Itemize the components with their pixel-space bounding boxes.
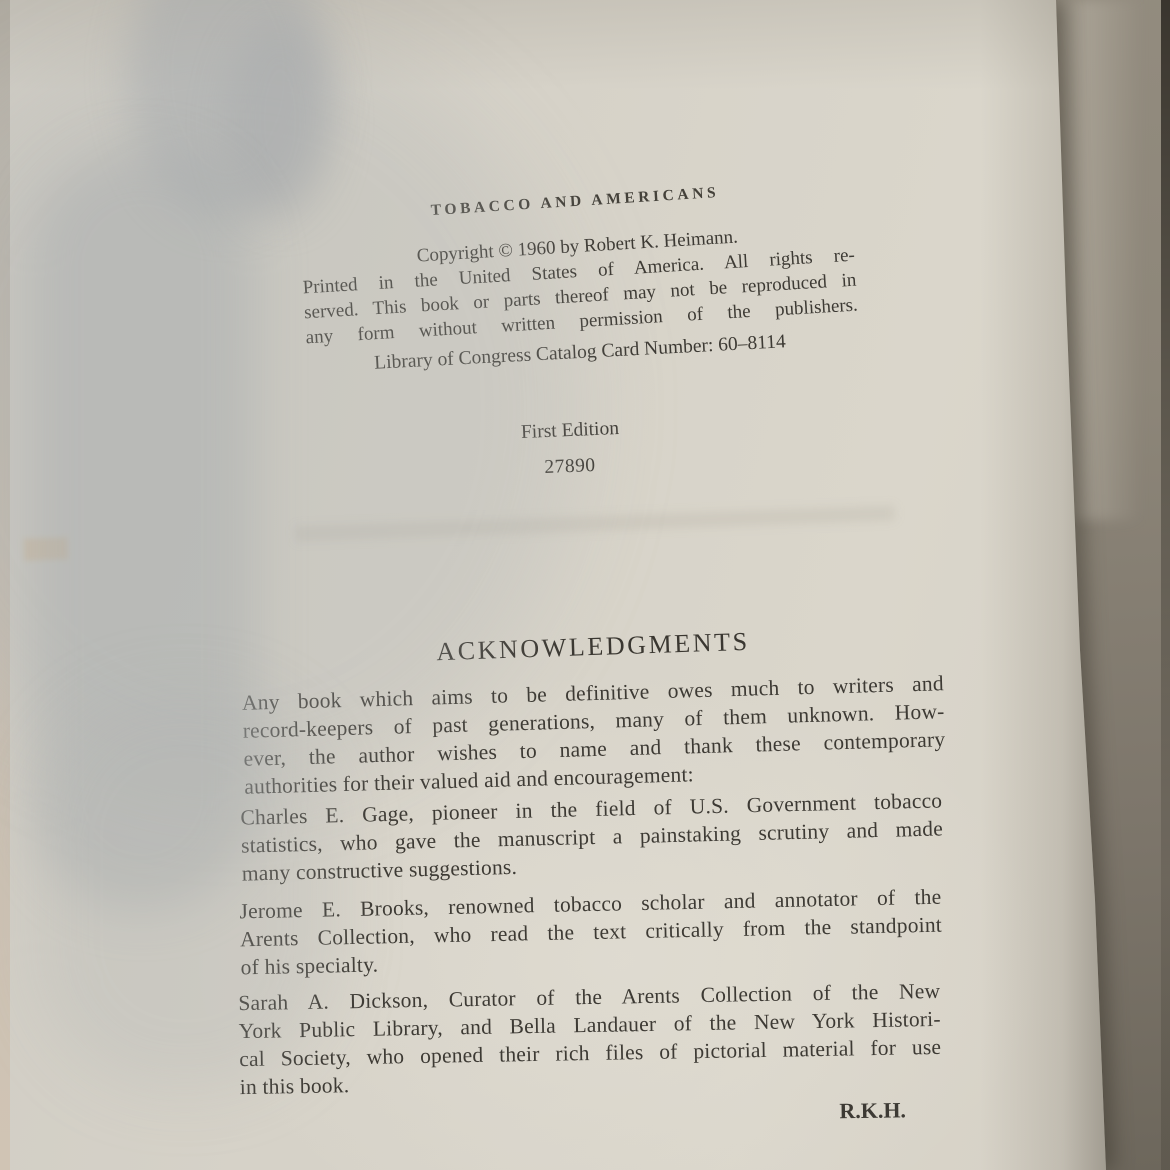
acknowledgments-paragraph: Sarah A. Dickson, Curator of the Arents … [238, 977, 942, 1101]
edition-statement: First Edition [420, 414, 721, 449]
author-initials-signature: R.K.H. [240, 1097, 906, 1132]
acknowledgments-paragraph: Charles E. Gage, pioneer in the field of… [240, 786, 944, 887]
show-through-text-ghost [295, 506, 895, 542]
book-page-wrap: TOBACCO AND AMERICANS Copyright © 1960 b… [0, 0, 1170, 1170]
book-page: TOBACCO AND AMERICANS Copyright © 1960 b… [0, 0, 1170, 1170]
half-title: TOBACCO AND AMERICANS [330, 178, 820, 227]
acknowledgments-paragraph: Jerome E. Brooks, renowned tobacco schol… [239, 883, 943, 982]
paper-artifact-band [24, 537, 69, 561]
page-gutter-edge [0, 0, 10, 1170]
acknowledgments-heading: ACKNOWLEDGMENTS [240, 620, 947, 673]
printing-code: 27890 [420, 450, 721, 484]
page-curl-shading [980, 0, 1130, 1170]
acknowledgments-paragraph: Any book which aims to be definitive owe… [242, 669, 947, 801]
photo-of-book-page: TOBACCO AND AMERICANS Copyright © 1960 b… [0, 0, 1170, 1170]
copyright-block: Copyright © 1960 by Robert K. Heimann. P… [301, 218, 859, 351]
